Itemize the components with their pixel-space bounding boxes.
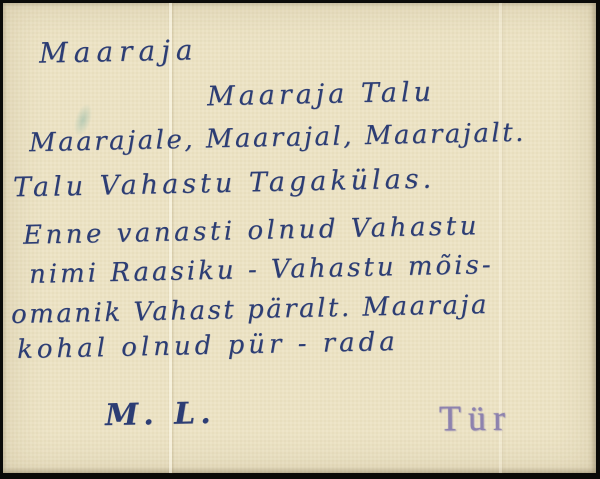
handwritten-line-case-forms: Maarajale, Maarajal, Maarajalt. — [29, 118, 526, 158]
collector-stamp: Tür — [439, 397, 512, 440]
handwritten-line-farm-name: Maaraja Talu — [207, 77, 436, 113]
signature-initials: M. L. — [105, 396, 216, 433]
handwritten-line-history-1: Enne vanasti olnud Vahastu — [23, 211, 480, 251]
handwritten-line-history-3: omanik Vahast päralt. Maaraja — [11, 290, 490, 330]
index-card: Maaraja Maaraja Talu Maarajale, Maarajal… — [3, 3, 596, 473]
handwritten-line-location: Talu Vahastu Tagakülas. — [13, 164, 436, 204]
handwritten-line-title: Maaraja — [39, 33, 199, 69]
handwritten-line-history-4: kohal olnud pür - rada — [17, 327, 399, 365]
handwritten-line-history-2: nimi Raasiku - Vahastu mõis- — [29, 250, 494, 290]
